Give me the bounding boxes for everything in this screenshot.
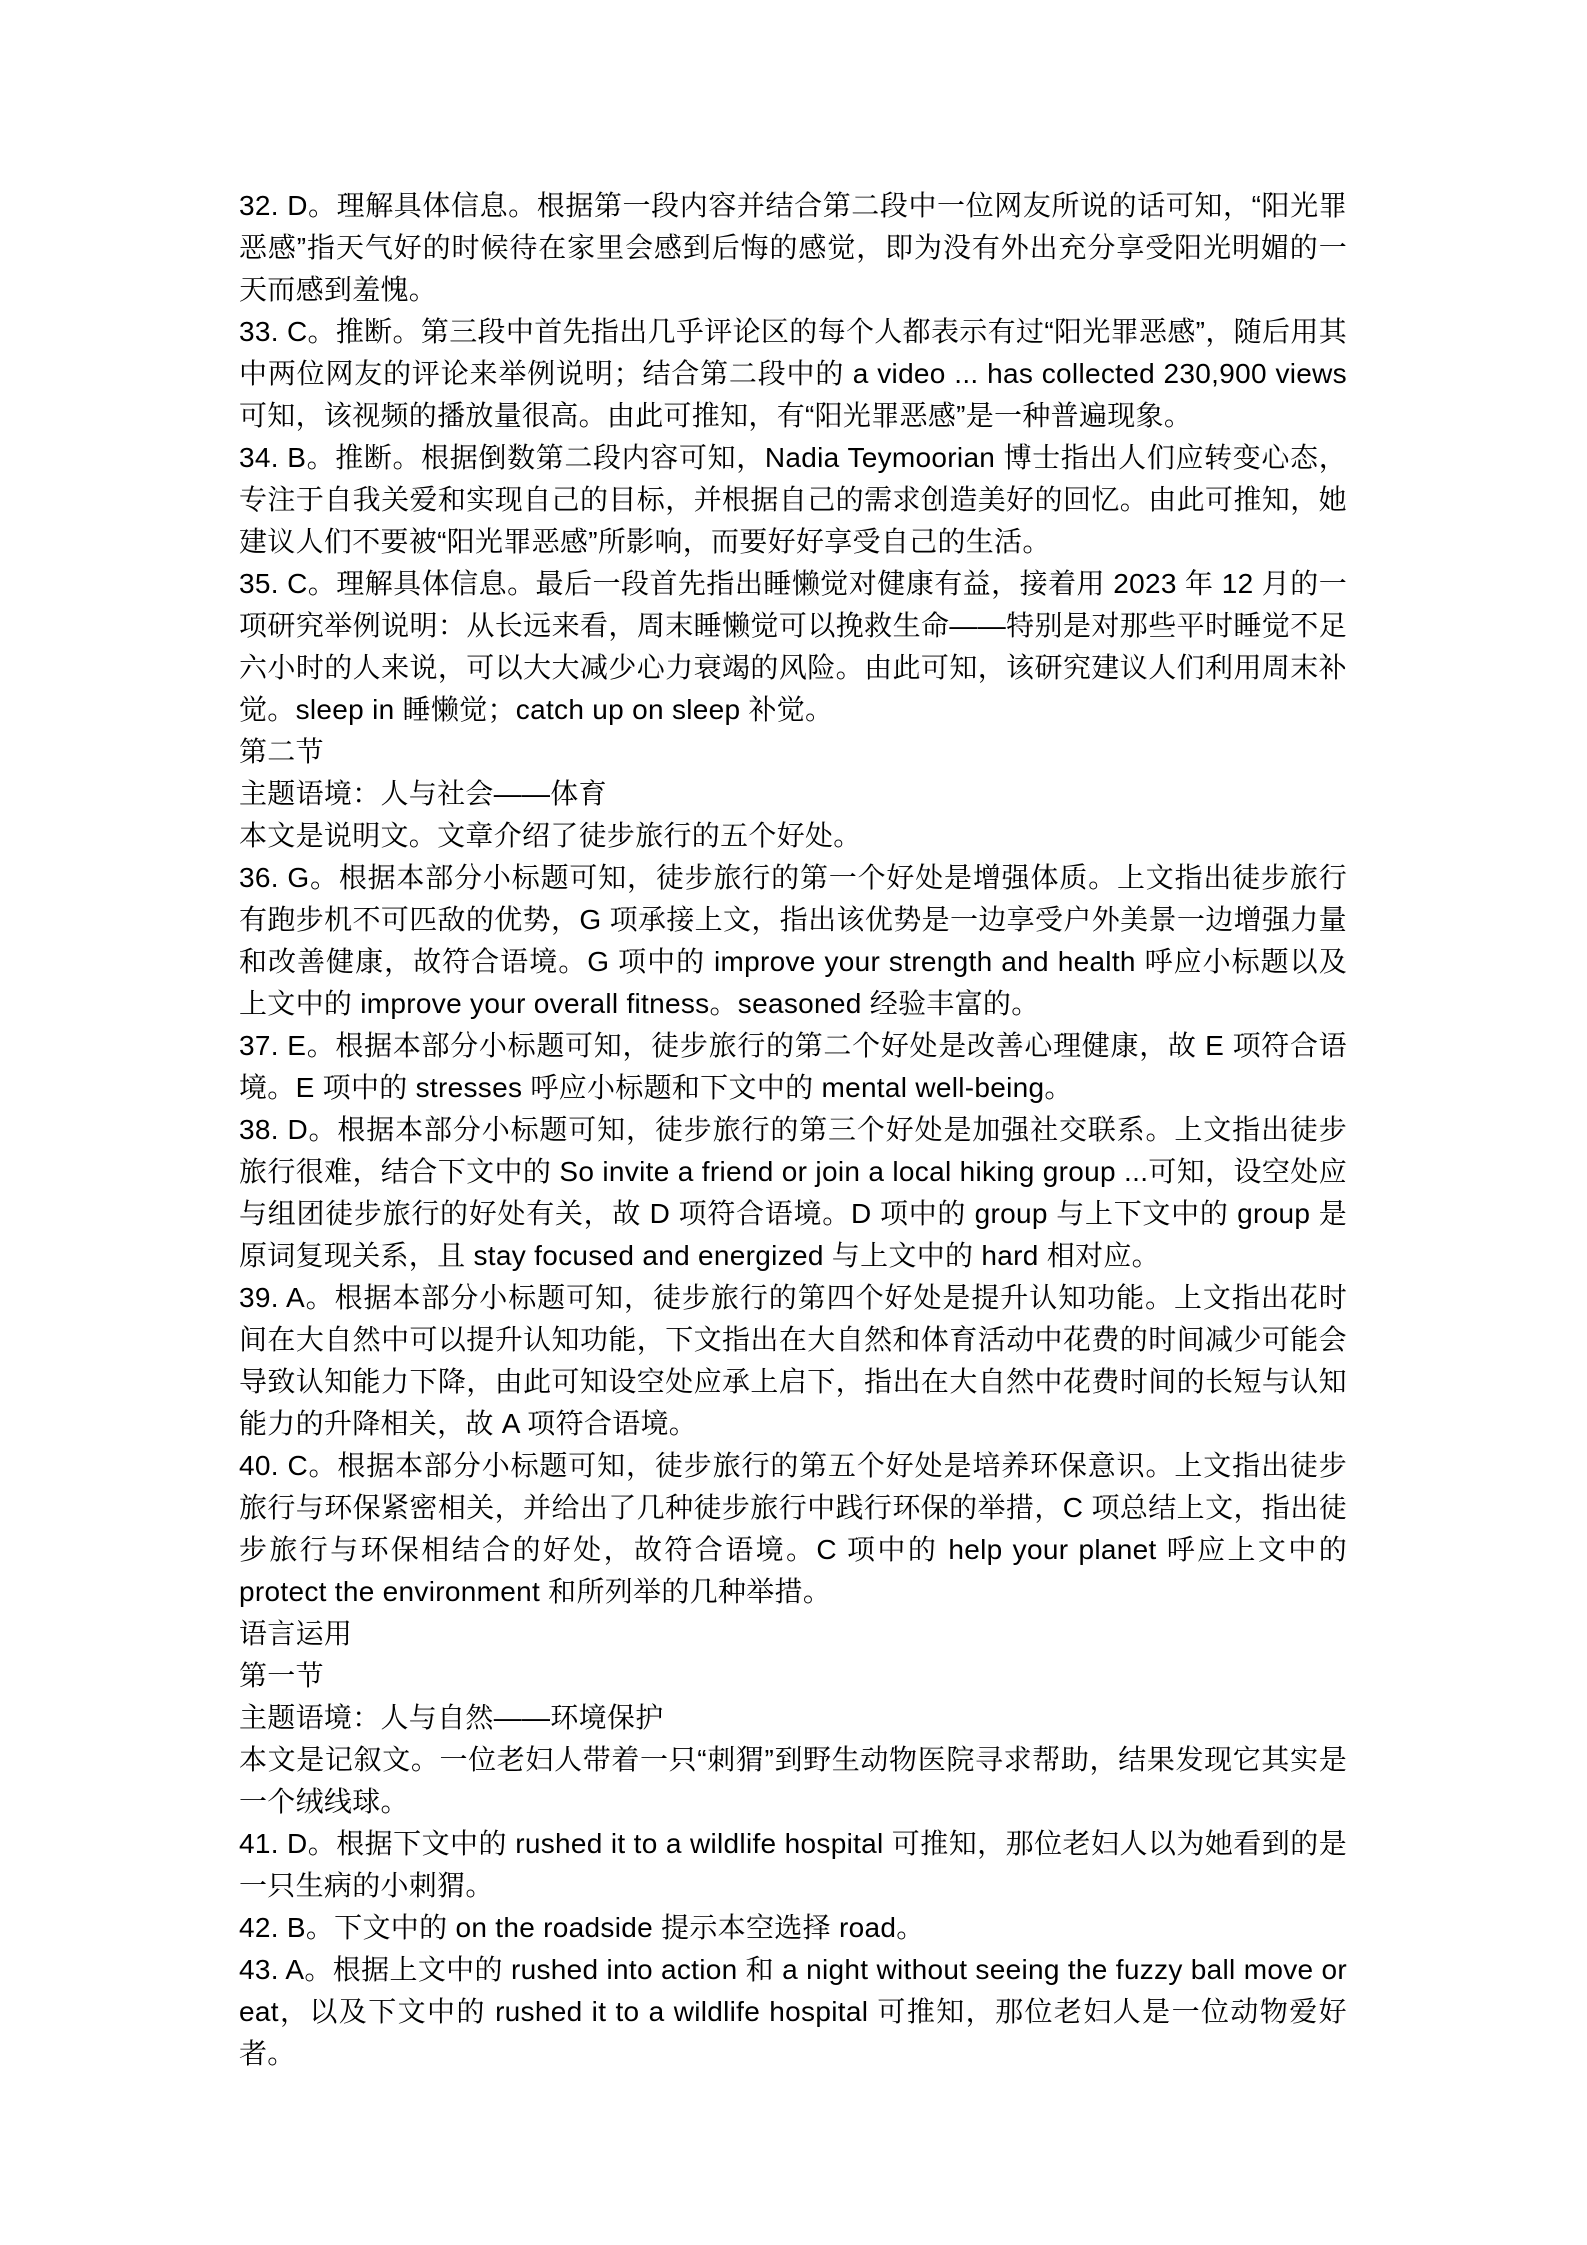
section-heading-2: 第二节	[239, 731, 1347, 773]
document-page: 32. D。理解具体信息。根据第一段内容并结合第二段中一位网友所说的话可知，“阳…	[0, 0, 1587, 2245]
answer-explanation-35: 35. C。理解具体信息。最后一段首先指出睡懒觉对健康有益，接着用 2023 年…	[239, 563, 1347, 731]
passage-summary-hiking: 本文是说明文。文章介绍了徒步旅行的五个好处。	[239, 815, 1347, 857]
answer-explanation-37: 37. E。根据本部分小标题可知，徒步旅行的第二个好处是改善心理健康，故 E 项…	[239, 1025, 1347, 1109]
answer-explanation-33: 33. C。推断。第三段中首先指出几乎评论区的每个人都表示有过“阳光罪恶感”，随…	[239, 311, 1347, 437]
section-heading-1: 第一节	[239, 1655, 1347, 1697]
answer-explanation-34: 34. B。推断。根据倒数第二段内容可知，Nadia Teymoorian 博士…	[239, 437, 1347, 563]
theme-context-environment: 主题语境：人与自然——环境保护	[239, 1697, 1347, 1739]
answer-explanation-41: 41. D。根据下文中的 rushed it to a wildlife hos…	[239, 1823, 1347, 1907]
document-body: 32. D。理解具体信息。根据第一段内容并结合第二段中一位网友所说的话可知，“阳…	[239, 185, 1347, 2075]
answer-explanation-39: 39. A。根据本部分小标题可知，徒步旅行的第四个好处是提升认知功能。上文指出花…	[239, 1277, 1347, 1445]
answer-explanation-43: 43. A。根据上文中的 rushed into action 和 a nigh…	[239, 1949, 1347, 2075]
section-heading-language-use: 语言运用	[239, 1613, 1347, 1655]
answer-explanation-40: 40. C。根据本部分小标题可知，徒步旅行的第五个好处是培养环保意识。上文指出徒…	[239, 1445, 1347, 1613]
passage-summary-hedgehog: 本文是记叙文。一位老妇人带着一只“刺猬”到野生动物医院寻求帮助，结果发现它其实是…	[239, 1739, 1347, 1823]
answer-explanation-38: 38. D。根据本部分小标题可知，徒步旅行的第三个好处是加强社交联系。上文指出徒…	[239, 1109, 1347, 1277]
theme-context-sports: 主题语境：人与社会——体育	[239, 773, 1347, 815]
answer-explanation-36: 36. G。根据本部分小标题可知，徒步旅行的第一个好处是增强体质。上文指出徒步旅…	[239, 857, 1347, 1025]
answer-explanation-32: 32. D。理解具体信息。根据第一段内容并结合第二段中一位网友所说的话可知，“阳…	[239, 185, 1347, 311]
answer-explanation-42: 42. B。下文中的 on the roadside 提示本空选择 road。	[239, 1907, 1347, 1949]
